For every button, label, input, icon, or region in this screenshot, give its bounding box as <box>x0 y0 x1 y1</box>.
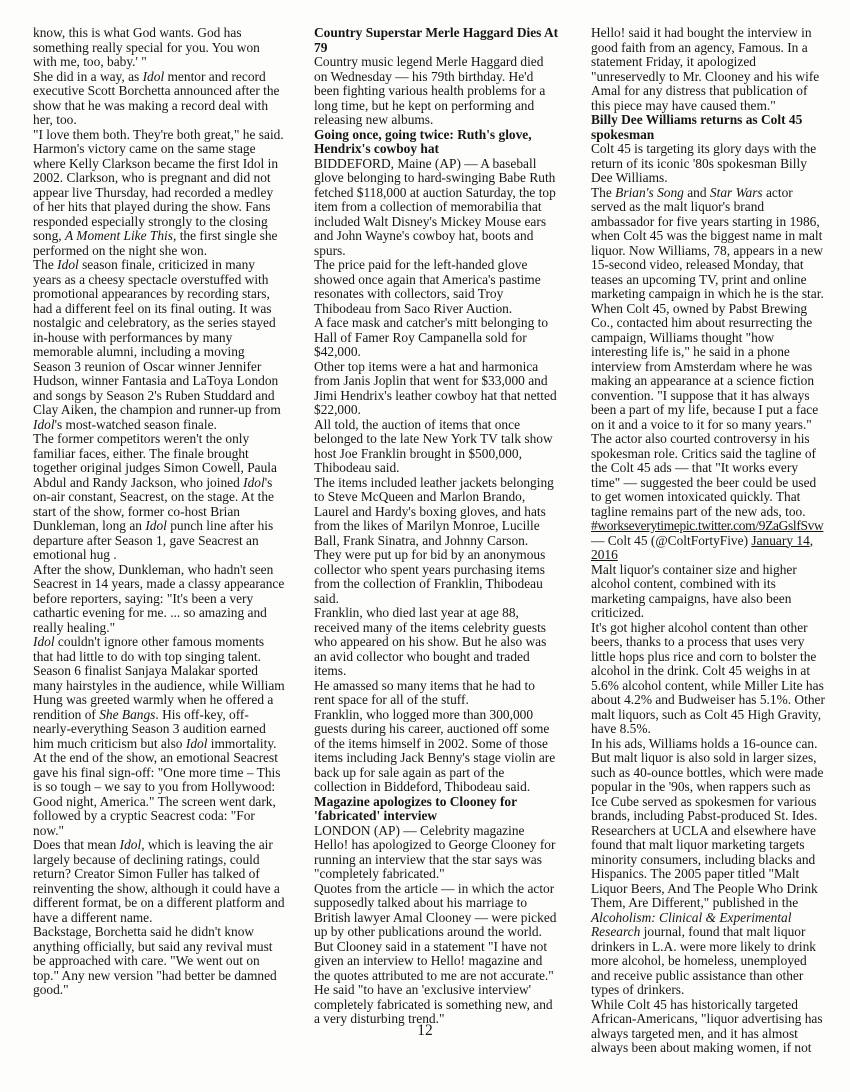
paragraph: Researchers at UCLA and elsewhere have f… <box>591 824 827 998</box>
text-run: Country music legend Merle Haggard died … <box>314 54 545 127</box>
paragraph: BIDDEFORD, Maine (AP) — A baseball glove… <box>314 157 559 259</box>
text-run: A face mask and catcher's mitt belonging… <box>314 315 548 359</box>
text-run: The <box>591 185 615 200</box>
text-run: — Colt 45 (@ColtFortyFive) <box>591 533 751 548</box>
text-run: Idol <box>120 837 142 852</box>
paragraph: Malt liquor's container size and higher … <box>591 563 827 621</box>
text-run: Billy Dee Williams returns as Colt 45 sp… <box>591 112 802 142</box>
paragraph: At the end of the show, an emotional Sea… <box>33 751 285 838</box>
paragraph: The actor also courted controversy in hi… <box>591 432 827 519</box>
paragraph: A face mask and catcher's mitt belonging… <box>314 316 559 360</box>
scanned-newspaper-page: know, this is what God wants. God has so… <box>0 0 850 1092</box>
text-run: know, this is what God wants. God has so… <box>33 25 260 69</box>
text-run: At the end of the show, an emotional Sea… <box>33 750 280 838</box>
text-run: Backstage, Borchetta said he didn't know… <box>33 924 277 997</box>
article-heading: Magazine apologizes to Clooney for 'fabr… <box>314 795 559 824</box>
text-run: Going once, going twice: Ruth's glove, H… <box>314 127 532 157</box>
paragraph: Hello! said it had bought the interview … <box>591 26 827 113</box>
text-run: When Colt 45, owned by Pabst Brewing Co.… <box>591 301 818 432</box>
paragraph: The price paid for the left-handed glove… <box>314 258 559 316</box>
text-run: Idol <box>243 475 265 490</box>
text-run: BIDDEFORD, Maine (AP) — A baseball glove… <box>314 156 556 258</box>
text-run: He amassed so many items that he had to … <box>314 678 535 708</box>
text-run: Colt 45 is targeting its glory days with… <box>591 141 816 185</box>
text-run: Magazine apologizes to Clooney for 'fabr… <box>314 794 517 824</box>
text-run: 's most-watched season finale. <box>55 417 217 432</box>
paragraph: Colt 45 is targeting its glory days with… <box>591 142 827 186</box>
paragraph: Idol couldn't ignore other famous moment… <box>33 635 285 751</box>
paragraph: "I love them both. They're both great," … <box>33 128 285 143</box>
paragraph: It's got higher alcohol content than oth… <box>591 621 827 737</box>
text-run: Idol <box>33 634 55 649</box>
text-run: Quotes from the article — in which the a… <box>314 881 556 983</box>
text-run: After the show, Dunkleman, who hadn't se… <box>33 562 284 635</box>
text-run: The <box>33 257 57 272</box>
text-run: Franklin, who died last year at age 88, … <box>314 605 546 678</box>
paragraph: Franklin, who died last year at age 88, … <box>314 606 559 679</box>
text-run: LONDON (AP) — Celebrity magazine Hello! … <box>314 823 555 882</box>
text-run: season finale, criticized in many years … <box>33 257 281 417</box>
paragraph: Franklin, who logged more than 300,000 g… <box>314 708 559 795</box>
article-heading: Billy Dee Williams returns as Colt 45 sp… <box>591 113 827 142</box>
paragraph: Harmon's victory came on the same stage … <box>33 142 285 258</box>
text-column-right: Hello! said it had bought the interview … <box>591 26 827 1056</box>
text-run: Idol <box>186 736 208 751</box>
paragraph: The items included leather jackets belon… <box>314 476 559 549</box>
paragraph: He said "to have an 'exclusive interview… <box>314 983 559 1027</box>
paragraph: In his ads, Williams holds a 16-ounce ca… <box>591 737 827 824</box>
text-run: He said "to have an 'exclusive interview… <box>314 982 553 1026</box>
text-run: She Bangs <box>99 707 155 722</box>
text-run: All told, the auction of items that once… <box>314 417 553 476</box>
text-run: Star Wars <box>710 185 763 200</box>
text-run: Idol <box>57 257 79 272</box>
text-run: The price paid for the left-handed glove… <box>314 257 541 316</box>
text-run: The items included leather jackets belon… <box>314 475 554 548</box>
paragraph: They were put up for bid by an anonymous… <box>314 548 559 606</box>
text-run: A Moment Like This <box>65 228 173 243</box>
paragraph: know, this is what God wants. God has so… <box>33 26 285 70</box>
paragraph: LONDON (AP) — Celebrity magazine Hello! … <box>314 824 559 882</box>
text-run: "I love them both. They're both great," … <box>33 127 284 142</box>
paragraph: After the show, Dunkleman, who hadn't se… <box>33 563 285 636</box>
paragraph: The Idol season finale, criticized in ma… <box>33 258 285 432</box>
page-number: 12 <box>0 1022 850 1040</box>
text-run: Hello! said it had bought the interview … <box>591 25 819 113</box>
text-run: actor served as the malt liquor's brand … <box>591 185 824 302</box>
paragraph: All told, the auction of items that once… <box>314 418 559 476</box>
text-run: Idol <box>33 417 55 432</box>
paragraph: When Colt 45, owned by Pabst Brewing Co.… <box>591 302 827 433</box>
paragraph: She did in a way, as Idol mentor and rec… <box>33 70 285 128</box>
text-column-left: know, this is what God wants. God has so… <box>33 26 285 998</box>
paragraph: Country music legend Merle Haggard died … <box>314 55 559 128</box>
text-run: Malt liquor's container size and higher … <box>591 562 797 621</box>
article-heading: Going once, going twice: Ruth's glove, H… <box>314 128 559 157</box>
text-column-middle: Country Superstar Merle Haggard Dies At … <box>314 26 559 1027</box>
text-run: Idol <box>145 518 167 533</box>
paragraph: Other top items were a hat and harmonica… <box>314 360 559 418</box>
text-run: The actor also courted controversy in hi… <box>591 431 816 519</box>
text-run: Brian's Song <box>615 185 684 200</box>
twitter-link-text: #workseverytimepic.twitter.com/9ZaGslfSv… <box>591 518 823 533</box>
text-run: Country Superstar Merle Haggard Dies At … <box>314 25 558 55</box>
text-run: She did in a way, as <box>33 69 143 84</box>
article-heading: Country Superstar Merle Haggard Dies At … <box>314 26 559 55</box>
paragraph: Backstage, Borchetta said he didn't know… <box>33 925 285 998</box>
paragraph: Quotes from the article — in which the a… <box>314 882 559 984</box>
paragraph: #workseverytimepic.twitter.com/9ZaGslfSv… <box>591 519 827 563</box>
text-run: Researchers at UCLA and elsewhere have f… <box>591 823 818 911</box>
text-run: Idol <box>143 69 165 84</box>
paragraph: He amassed so many items that he had to … <box>314 679 559 708</box>
text-run: Does that mean <box>33 837 120 852</box>
paragraph: The former competitors weren't the only … <box>33 432 285 563</box>
text-run: In his ads, Williams holds a 16-ounce ca… <box>591 736 823 824</box>
text-run: The former competitors weren't the only … <box>33 431 277 490</box>
paragraph: Does that mean Idol, which is leaving th… <box>33 838 285 925</box>
text-run: They were put up for bid by an anonymous… <box>314 547 545 606</box>
text-run: It's got higher alcohol content than oth… <box>591 620 825 737</box>
text-run: immortality. <box>207 736 276 751</box>
text-run: Franklin, who logged more than 300,000 g… <box>314 707 555 795</box>
paragraph: The Brian's Song and Star Wars actor ser… <box>591 186 827 302</box>
text-run: and <box>684 185 710 200</box>
text-run: Other top items were a hat and harmonica… <box>314 359 557 418</box>
